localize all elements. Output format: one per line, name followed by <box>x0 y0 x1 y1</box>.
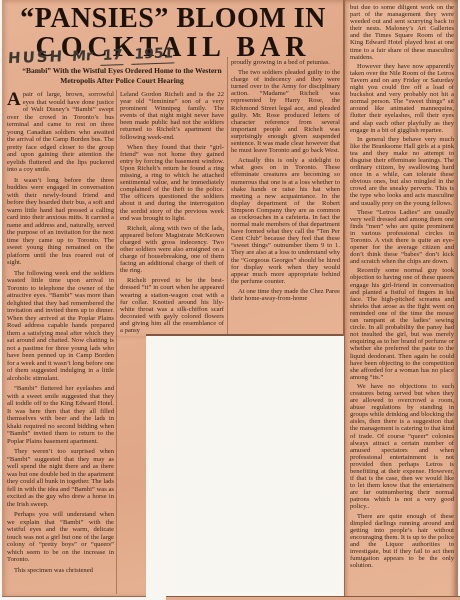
article-column-3: proudly growing in a bed of petunias. Th… <box>231 59 340 334</box>
paragraph: This specimen was christened <box>7 567 114 575</box>
scrapbook-page: “PANSIES” BLOOM IN COCKTAIL BAR HUSH Mr … <box>0 0 460 600</box>
handwritten-month: Mr <box>72 48 94 65</box>
handwritten-year: 1951 <box>132 45 176 65</box>
paragraph: but due to some diligent work on the par… <box>350 4 454 61</box>
paragraph: Apair of large, brown, sorrowful eyes th… <box>7 91 114 174</box>
paragraph: However they have now apparently taken o… <box>350 63 454 134</box>
paragraph: Perhaps you will understand when we expl… <box>7 511 114 564</box>
paragraph: proudly growing in a bed of petunias. <box>231 59 340 66</box>
paragraph: It wasn’t long before the three buddies … <box>7 177 114 267</box>
paragraph: Actually this is only a sidelight to wha… <box>231 157 340 285</box>
paragraph: The two soldiers pleaded guilty to the c… <box>231 69 340 154</box>
paragraph: These “Letros Ladies” are usually very w… <box>350 209 454 266</box>
paragraph: We have no objections to such creatures … <box>350 383 454 511</box>
article-column-1: Apair of large, brown, sorrowful eyes th… <box>7 91 114 595</box>
handwritten-day: 17 <box>100 47 124 66</box>
column-rule <box>116 90 117 594</box>
paragraph-text: pair of large, brown, sorrowful eyes tha… <box>7 91 114 173</box>
paragraph: The following week end the soldiers wast… <box>7 270 114 383</box>
headline-line-1: “PANSIES” BLOOM IN <box>6 5 340 33</box>
column-rule <box>227 57 228 334</box>
drop-cap: A <box>7 92 21 107</box>
article-column-4: but due to some diligent work on the par… <box>350 4 454 595</box>
paragraph: In general they behave very much like th… <box>350 136 454 207</box>
subheadline: “Bambi” With the Wistful Eyes Ordered Ho… <box>9 66 235 85</box>
clipping-bottom-sliver <box>166 596 460 600</box>
paragraph: When they found that their “girl-friend”… <box>120 144 224 222</box>
article-column-2: Leland Gordon Richelt and is the 22 year… <box>120 91 224 334</box>
paragraph: Recently some normal guy took objection … <box>350 267 454 381</box>
paragraph: Richelt, along with two of the lads, app… <box>120 225 224 275</box>
handwritten-word: HUSH <box>8 47 65 67</box>
paragraph: There are quite enough of these dimpled … <box>350 513 454 570</box>
paragraph: Leland Gordon Richelt and is the 22 year… <box>120 91 224 141</box>
cut-edge <box>146 334 343 336</box>
paragraph: Richelt proved to be the best-dressed “i… <box>120 277 224 334</box>
paragraph: At one time they made the Chez Paree the… <box>231 288 340 302</box>
paragraph: “Bambi” fluttered her eyelashes and with… <box>7 385 114 445</box>
paragraph: They weren’t too surprised when “Bambi” … <box>7 448 114 508</box>
